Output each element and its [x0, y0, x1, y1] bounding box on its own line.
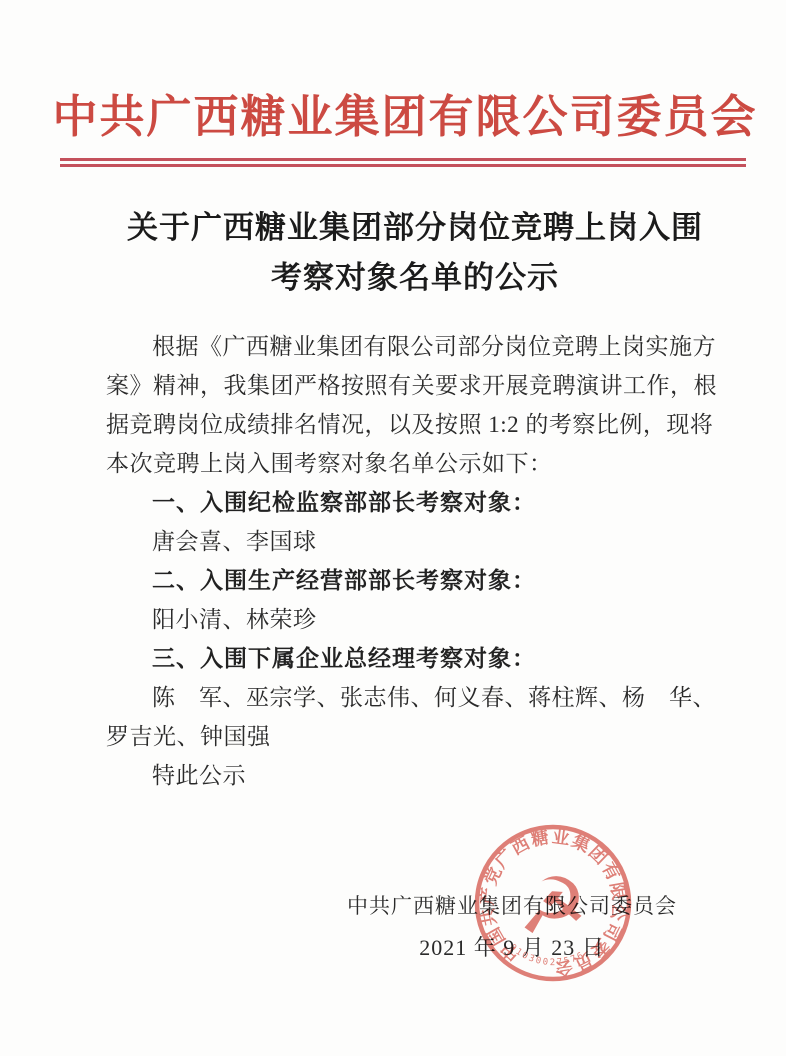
- body-line: 本次竞聘上岗入围考察对象名单公示如下：: [106, 444, 716, 483]
- candidate-names-1: 唐会喜、李国球: [106, 522, 716, 561]
- candidate-names-2: 阳小清、林荣珍: [106, 600, 716, 639]
- issuer-signature: 中共广西糖业集团有限公司委员会: [347, 885, 677, 927]
- rule-bottom: [60, 164, 746, 167]
- section-heading-1: 一、入围纪检监察部部长考察对象：: [106, 483, 716, 522]
- letterhead-title: 中共广西糖业集团有限公司委员会: [40, 0, 770, 148]
- document-title: 关于广西糖业集团部分岗位竞聘上岗入围 考察对象名单的公示: [40, 203, 786, 303]
- issue-date: 2021 年 9 月 23 日: [347, 927, 677, 969]
- body-line: 据竞聘岗位成绩排名情况，以及按照 1:2 的考察比例，现将: [106, 405, 716, 444]
- section-heading-3: 三、入围下属企业总经理考察对象：: [106, 639, 716, 678]
- section-heading-2: 二、入围生产经营部部长考察对象：: [106, 561, 716, 600]
- document-page: 中共广西糖业集团有限公司委员会 关于广西糖业集团部分岗位竞聘上岗入围 考察对象名…: [0, 0, 786, 1056]
- candidate-names-3: 陈 军、巫宗学、张志伟、何义春、蒋柱辉、杨 华、: [106, 678, 716, 717]
- closing-phrase: 特此公示: [106, 756, 716, 795]
- document-body: 根据《广西糖业集团有限公司部分岗位竞聘上岗实施方 案》精神，我集团严格按照有关要…: [106, 327, 716, 795]
- body-line: 案》精神，我集团严格按照有关要求开展竞聘演讲工作，根: [106, 366, 716, 405]
- letterhead-double-rule: [60, 158, 746, 167]
- body-line: 根据《广西糖业集团有限公司部分岗位竞聘上岗实施方: [106, 327, 716, 366]
- signature-block: 中共广西糖业集团有限公司委员会 2021 年 9 月 23 日: [347, 885, 677, 969]
- candidate-names-3-cont: 罗吉光、钟国强: [106, 717, 716, 756]
- rule-top: [60, 158, 746, 161]
- document-title-line1: 关于广西糖业集团部分岗位竞聘上岗入围: [40, 203, 786, 253]
- document-title-line2: 考察对象名单的公示: [40, 253, 786, 303]
